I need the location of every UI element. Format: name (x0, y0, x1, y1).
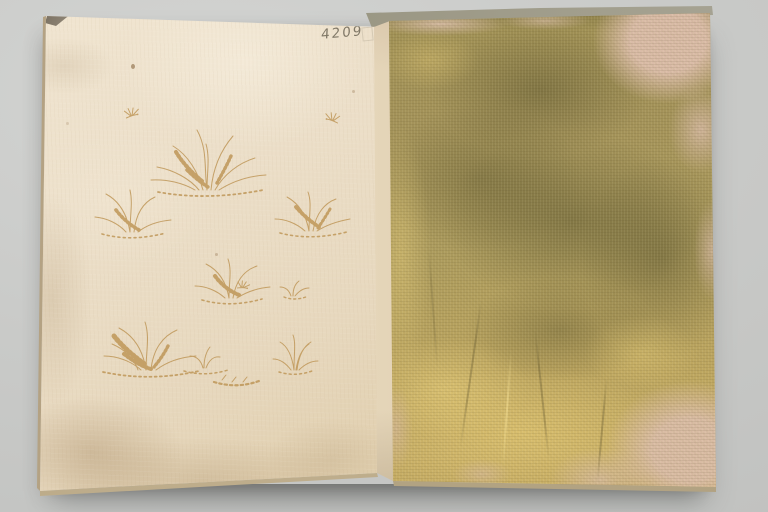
grass-clump-center (195, 259, 270, 304)
photo-stage: 4209 (0, 0, 768, 512)
faint-stamp (361, 26, 373, 41)
foxing-spot (352, 90, 355, 93)
foxing-spot (131, 64, 135, 69)
grass-clump-mid-left (95, 190, 171, 238)
grass-clump-top-center (151, 130, 266, 196)
foxing-spot (66, 122, 69, 125)
ground-dashes-bottom (214, 375, 259, 385)
gold-crease (596, 378, 607, 482)
dragonfly-top-left (124, 107, 139, 118)
dragonfly-top-right (325, 112, 340, 123)
sprig-center-right (280, 281, 309, 299)
foxing-spot (215, 253, 218, 256)
grass-clump-mid-right (275, 192, 350, 237)
grass-clump-lower-left (103, 322, 228, 377)
gold-crease (460, 299, 483, 448)
gold-crease (534, 330, 550, 459)
grass-tuft-lower-right (273, 335, 318, 374)
gold-crease (428, 248, 438, 368)
gold-crease-highlight (502, 350, 512, 470)
